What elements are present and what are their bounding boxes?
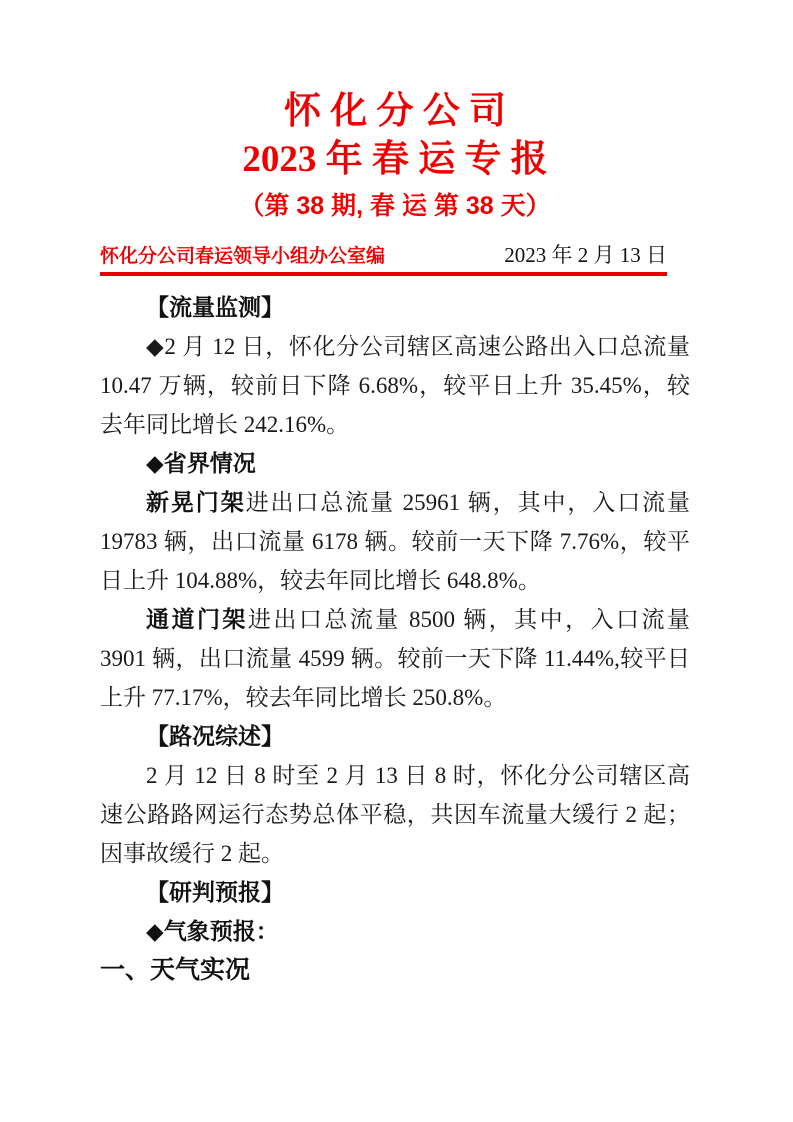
gantry-name-xinhuang: 新晃门架 — [146, 489, 246, 515]
paragraph-total-traffic: ◆2 月 12 日，怀化分公司辖区高速公路出入口总流量 10.47 万辆，较前日… — [100, 327, 690, 444]
masthead-issuer: 怀化分公司春运领导小组办公室编 — [100, 241, 385, 268]
doc-title-line2: 2023 年 春 运 专 报 — [100, 136, 690, 184]
heading-weather-actual: 一、天气实况 — [100, 951, 690, 990]
paragraph-tongdao-gantry: 通道门架进出口总流量 8500 辆，其中，入口流量 3901 辆，出口流量 45… — [100, 600, 690, 717]
doc-header: 怀 化 分 公 司 2023 年 春 运 专 报 （第 38 期, 春 运 第 … — [100, 88, 690, 276]
subheading-provincial-border: ◆省界情况 — [100, 444, 690, 483]
section-heading-traffic-monitor: 【流量监测】 — [100, 288, 690, 327]
issue-number-line: （第 38 期, 春 运 第 38 天） — [100, 189, 690, 223]
paragraph-road-summary: 2 月 12 日 8 时至 2 月 13 日 8 时，怀化分公司辖区高速公路路网… — [100, 756, 690, 873]
paragraph-xinhuang-gantry: 新晃门架进出口总流量 25961 辆，其中，入口流量 19783 辆，出口流量 … — [100, 483, 690, 600]
section-heading-road-summary: 【路况综述】 — [100, 717, 690, 756]
masthead-red-rule — [100, 272, 667, 276]
gantry-name-tongdao: 通道门架 — [146, 606, 248, 632]
doc-title-line1: 怀 化 分 公 司 — [100, 88, 690, 136]
doc-body: 【流量监测】 ◆2 月 12 日，怀化分公司辖区高速公路出入口总流量 10.47… — [100, 288, 690, 990]
section-heading-forecast: 【研判预报】 — [100, 873, 690, 912]
subheading-weather-forecast: ◆气象预报： — [100, 912, 690, 951]
masthead-date: 2023 年 2 月 13 日 — [504, 239, 667, 269]
document-page: 怀 化 分 公 司 2023 年 春 运 专 报 （第 38 期, 春 运 第 … — [0, 0, 793, 1122]
masthead: 怀化分公司春运领导小组办公室编 2023 年 2 月 13 日 — [100, 239, 667, 269]
